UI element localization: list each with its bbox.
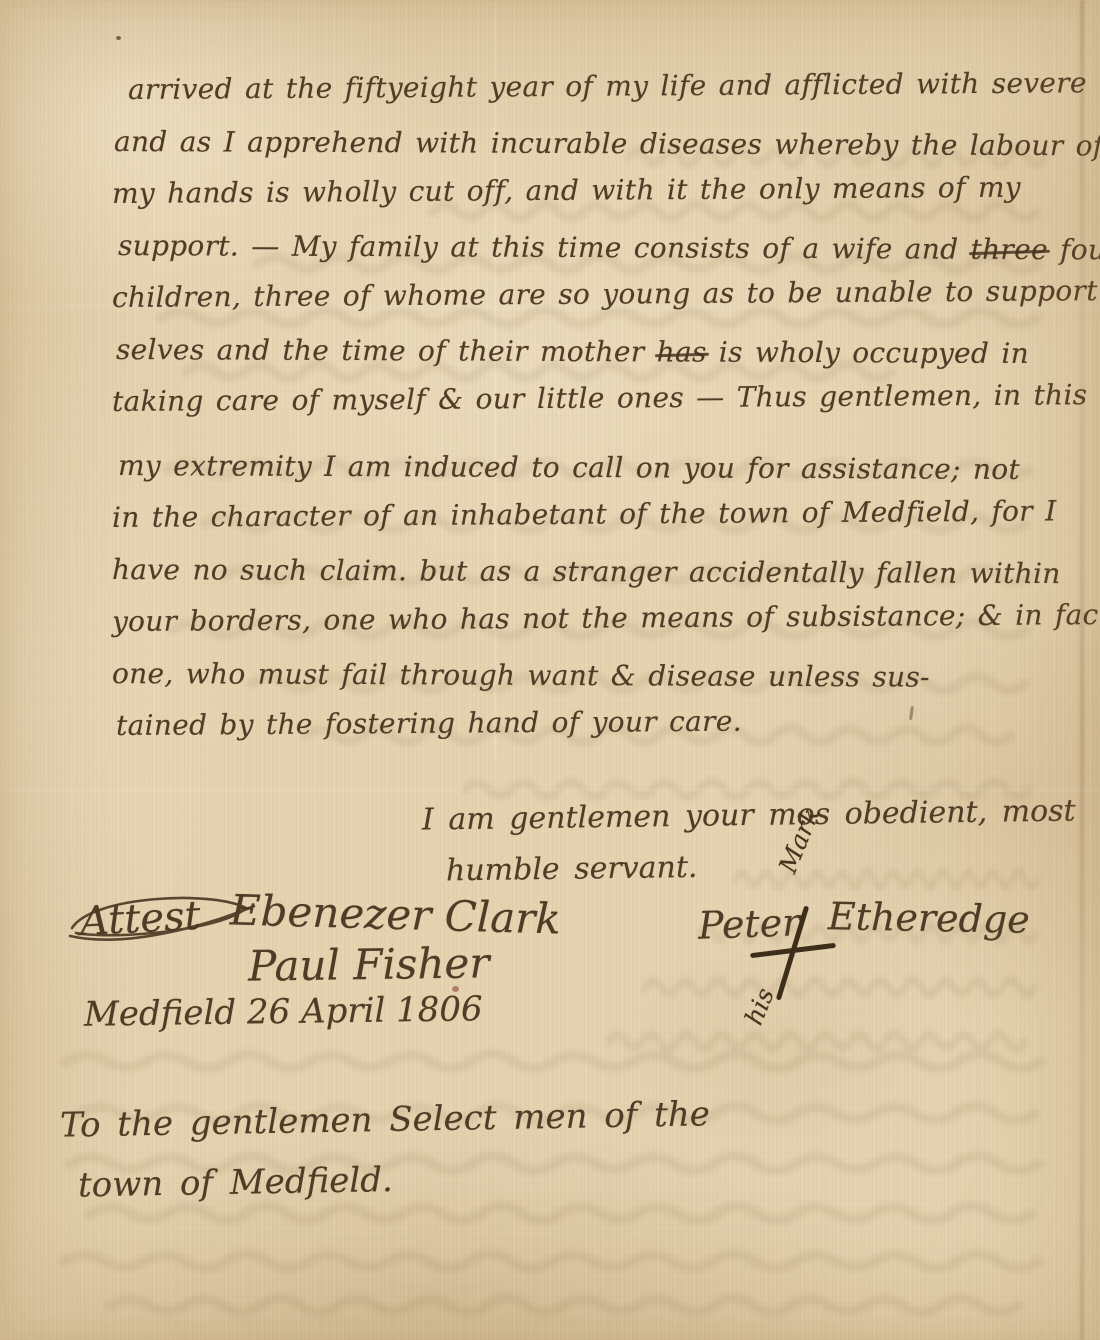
text-segment: and as I apprehend with incurable diseas… [114, 125, 1100, 162]
letter-line: tained by the fostering hand of your car… [116, 693, 1077, 752]
letter-body: arrived at the fiftyeight year of my lif… [112, 64, 1077, 752]
witness-signature: Paul Fisher [248, 938, 490, 990]
address-line: To the gentlemen Select men of the [60, 1094, 710, 1145]
ink-speck [116, 36, 121, 40]
letter-line: arrived at the fiftyeight year of my lif… [128, 57, 1077, 116]
text-segment: my extremity I am induced to call on you… [118, 449, 1020, 486]
text-segment: tained by the fostering hand of your car… [116, 705, 742, 742]
struck-word: has [657, 335, 707, 368]
text-segment: one, who must fail through want & diseas… [112, 657, 930, 694]
text-segment: is wholy occupyed in [707, 336, 1029, 370]
text-segment: four [1048, 233, 1100, 266]
letter-line: your borders, one who has not the means … [112, 589, 1077, 648]
text-segment: your borders, one who has not the means … [112, 598, 1100, 638]
text-segment: arrived at the fiftyeight year of my lif… [128, 66, 1087, 106]
text-segment: support. — My family at this time consis… [118, 229, 971, 266]
letter-page: arrived at the fiftyeight year of my lif… [0, 0, 1100, 1340]
dateline: Medfield 26 April 1806 [84, 989, 483, 1035]
text-segment: have no such claim. but as a stranger ac… [112, 553, 1061, 590]
closing-block: I am gentlemen your mos obedient, most h… [422, 798, 1076, 884]
text-segment: my hands is wholly cut off, and with it … [112, 171, 1021, 210]
attest-label: Attest [79, 893, 202, 945]
letter-line: in the character of an inhabetant of the… [112, 485, 1077, 544]
letter-line: children, three of whome are so young as… [112, 265, 1077, 324]
text-segment: taking care of myself & our little ones … [112, 378, 1088, 418]
closing-line: I am gentlemen your mos obedient, most [422, 793, 1076, 837]
fold-crease-lower [0, 789, 1100, 791]
address-line: town of Medfield. [78, 1154, 710, 1205]
signature-x-mark [748, 908, 840, 1000]
signer-last-name: Etheredge [828, 894, 1031, 942]
witness-signature: Ebenezer Clark [229, 885, 561, 943]
text-segment: selves and the time of their mother [116, 333, 657, 368]
address-block: To the gentlemen Select men of the town … [60, 1100, 710, 1200]
closing-line: humble servant. [446, 845, 1076, 889]
text-segment: in the character of an inhabetant of the… [112, 494, 1057, 534]
fold-crease-right [1080, 0, 1084, 1340]
letter-line: taking care of myself & our little ones … [112, 369, 1077, 428]
struck-word: three [970, 233, 1047, 266]
text-segment: children, three of whome are so young as… [112, 274, 1100, 314]
letter-line: my hands is wholly cut off, and with it … [112, 161, 1077, 220]
